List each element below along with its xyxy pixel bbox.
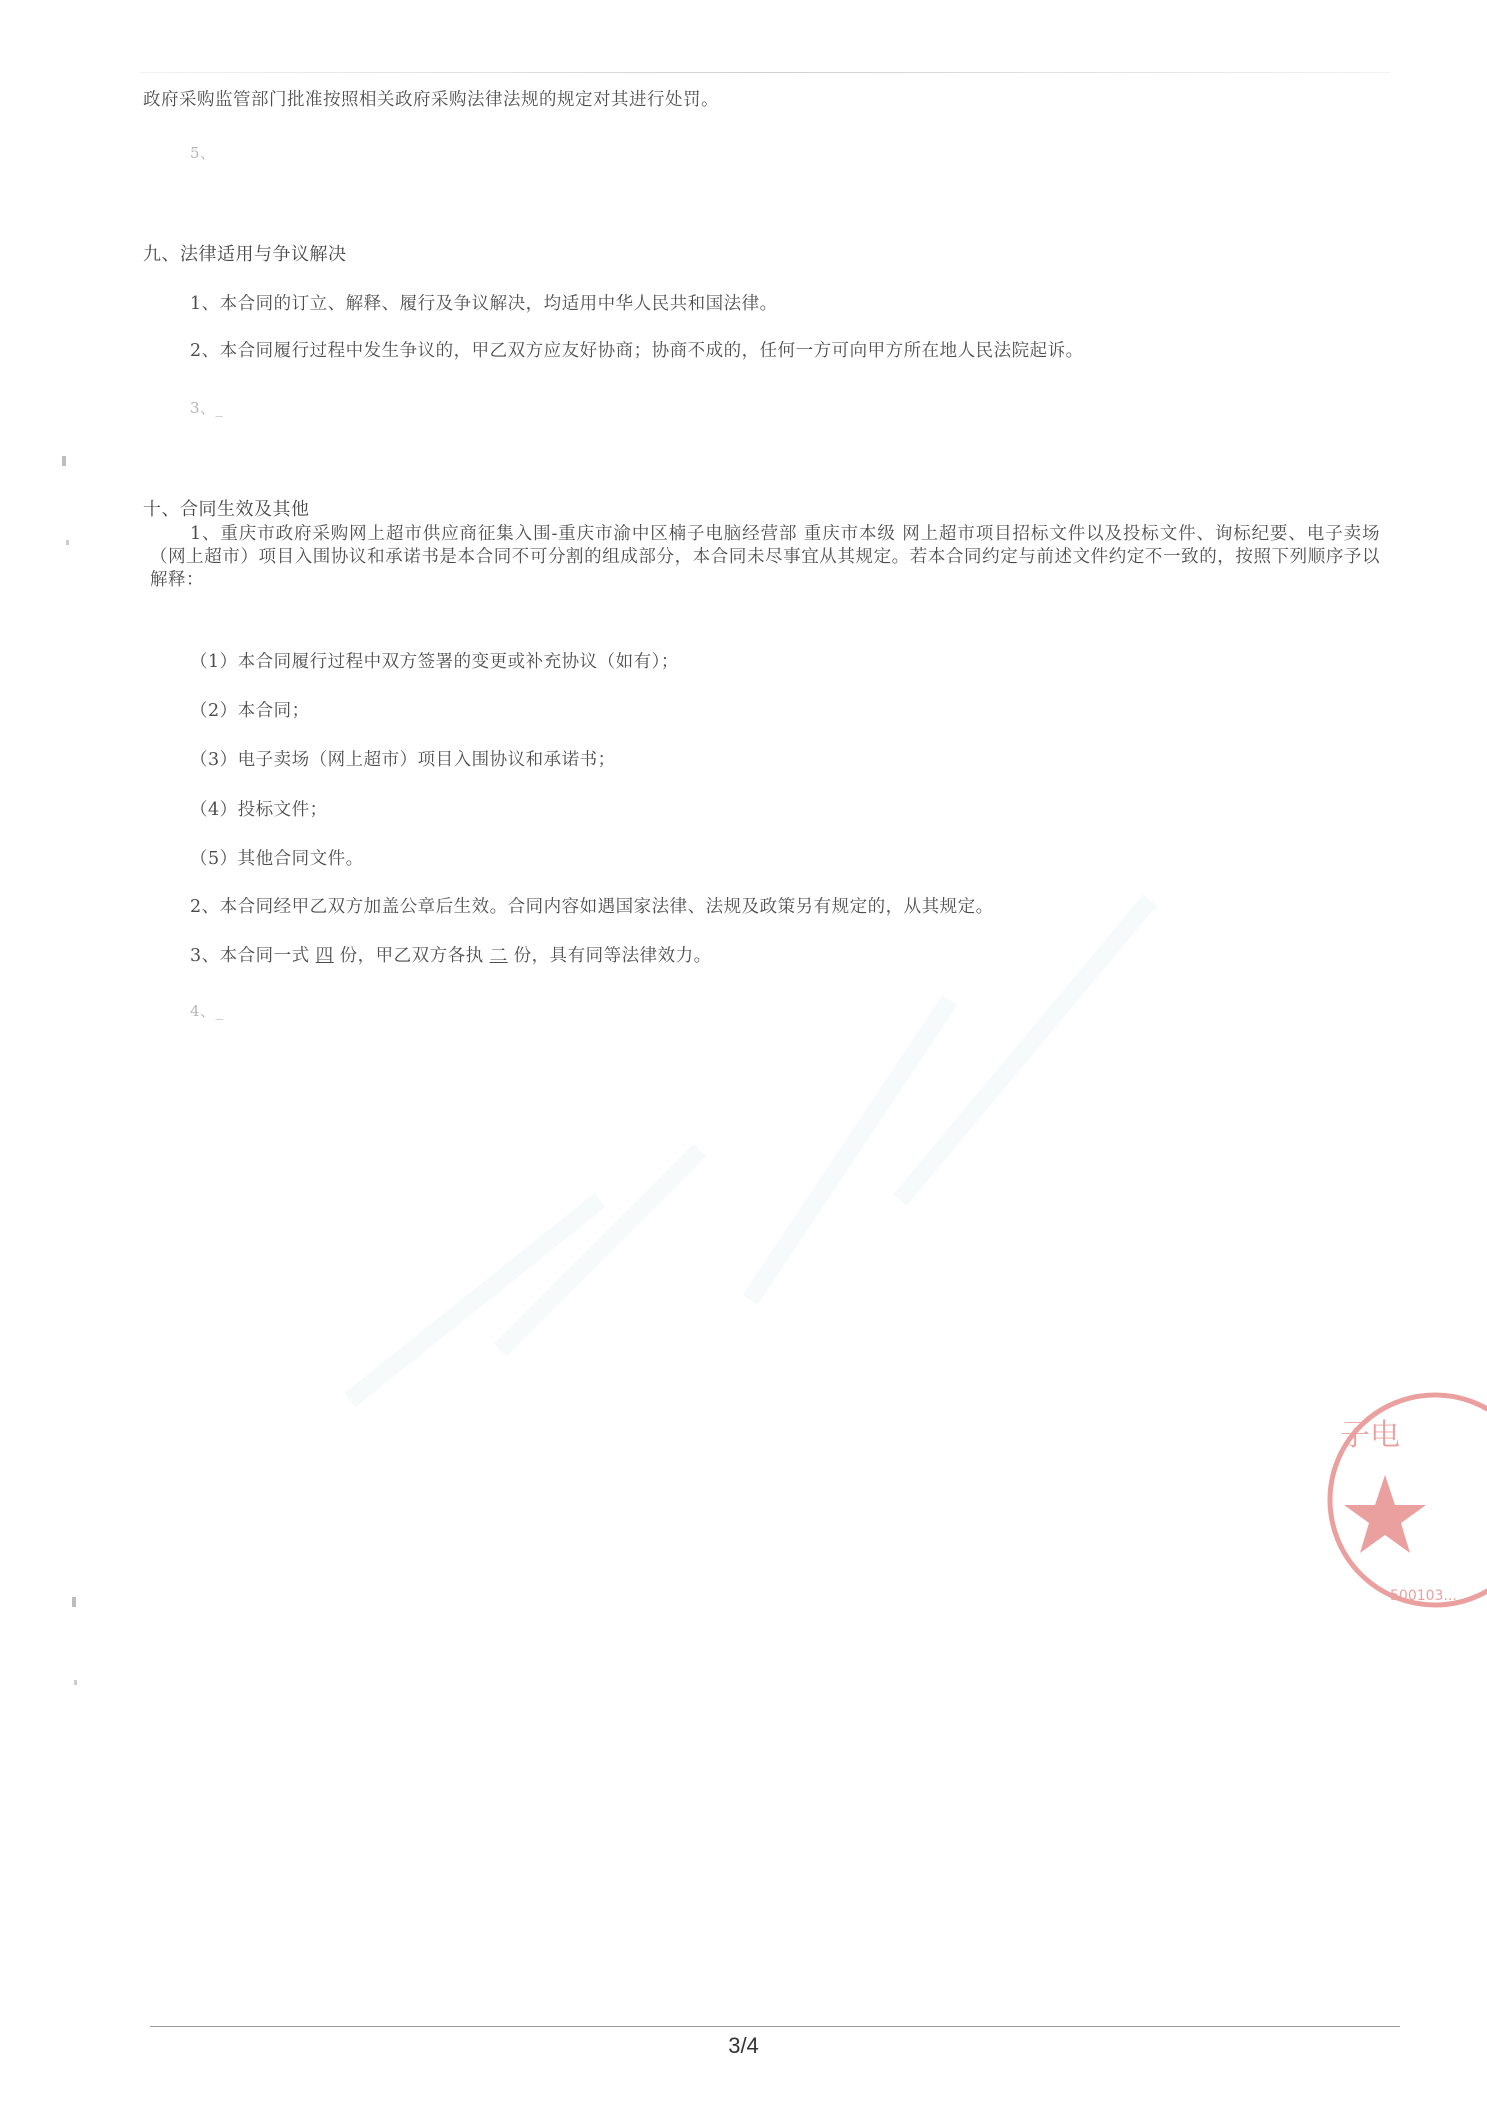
section-10-item-1: 1、重庆市政府采购网上超市供应商征集入围-重庆市渝中区楠子电脑经营部 重庆市本级… [150, 523, 1380, 592]
item-5-label: 5、 [190, 142, 216, 163]
copies-total: 四 [310, 946, 340, 966]
section-9-heading: 九、法律适用与争议解决 [143, 240, 347, 266]
margin-punch-mark [62, 456, 66, 466]
order-item-3: （3）电子卖场（网上超市）项目入围协议和承诺书； [190, 746, 616, 771]
page-number: 3/4 [0, 2033, 1487, 2059]
company-seal-stamp: 子电 500103... [1320, 1385, 1487, 1615]
order-item-1: （1）本合同履行过程中双方签署的变更或补充协议（如有）； [190, 648, 679, 673]
item-3-prefix: 3、本合同一式 [190, 946, 310, 966]
margin-punch-mark [66, 540, 69, 545]
copies-each: 二 [484, 946, 514, 966]
watermark [300, 700, 1300, 1500]
svg-text:子电: 子电 [1340, 1418, 1400, 1453]
margin-punch-mark [74, 1680, 77, 1685]
margin-punch-mark [72, 1597, 76, 1607]
order-item-4: （4）投标文件； [190, 796, 328, 821]
section-10-item-3: 3、本合同一式四份，甲乙双方各执二份，具有同等法律效力。 [190, 942, 712, 967]
section-9-item-1: 1、本合同的订立、解释、履行及争议解决，均适用中华人民共和国法律。 [190, 290, 778, 315]
continuation-text: 政府采购监管部门批准按照相关政府采购法律法规的规定对其进行处罚。 [143, 86, 719, 111]
section-9-item-3: 3、_ [190, 397, 224, 418]
order-item-2: （2）本合同； [190, 697, 310, 722]
item-3-middle: 份，甲乙双方各执 [340, 946, 484, 966]
section-10-item-4: 4、_ [190, 1000, 224, 1021]
top-rule [140, 72, 1390, 73]
section-10-item-2: 2、本合同经甲乙双方加盖公章后生效。合同内容如遇国家法律、法规及政策另有规定的，… [190, 893, 994, 918]
item-3-suffix: 份，具有同等法律效力。 [514, 946, 712, 966]
footer-rule [150, 2026, 1400, 2027]
section-9-item-2: 2、本合同履行过程中发生争议的，甲乙双方应友好协商；协商不成的，任何一方可向甲方… [190, 337, 1084, 362]
svg-text:500103...: 500103... [1390, 1588, 1457, 1604]
order-item-5: （5）其他合同文件。 [190, 845, 364, 870]
section-10-heading: 十、合同生效及其他 [143, 495, 310, 521]
